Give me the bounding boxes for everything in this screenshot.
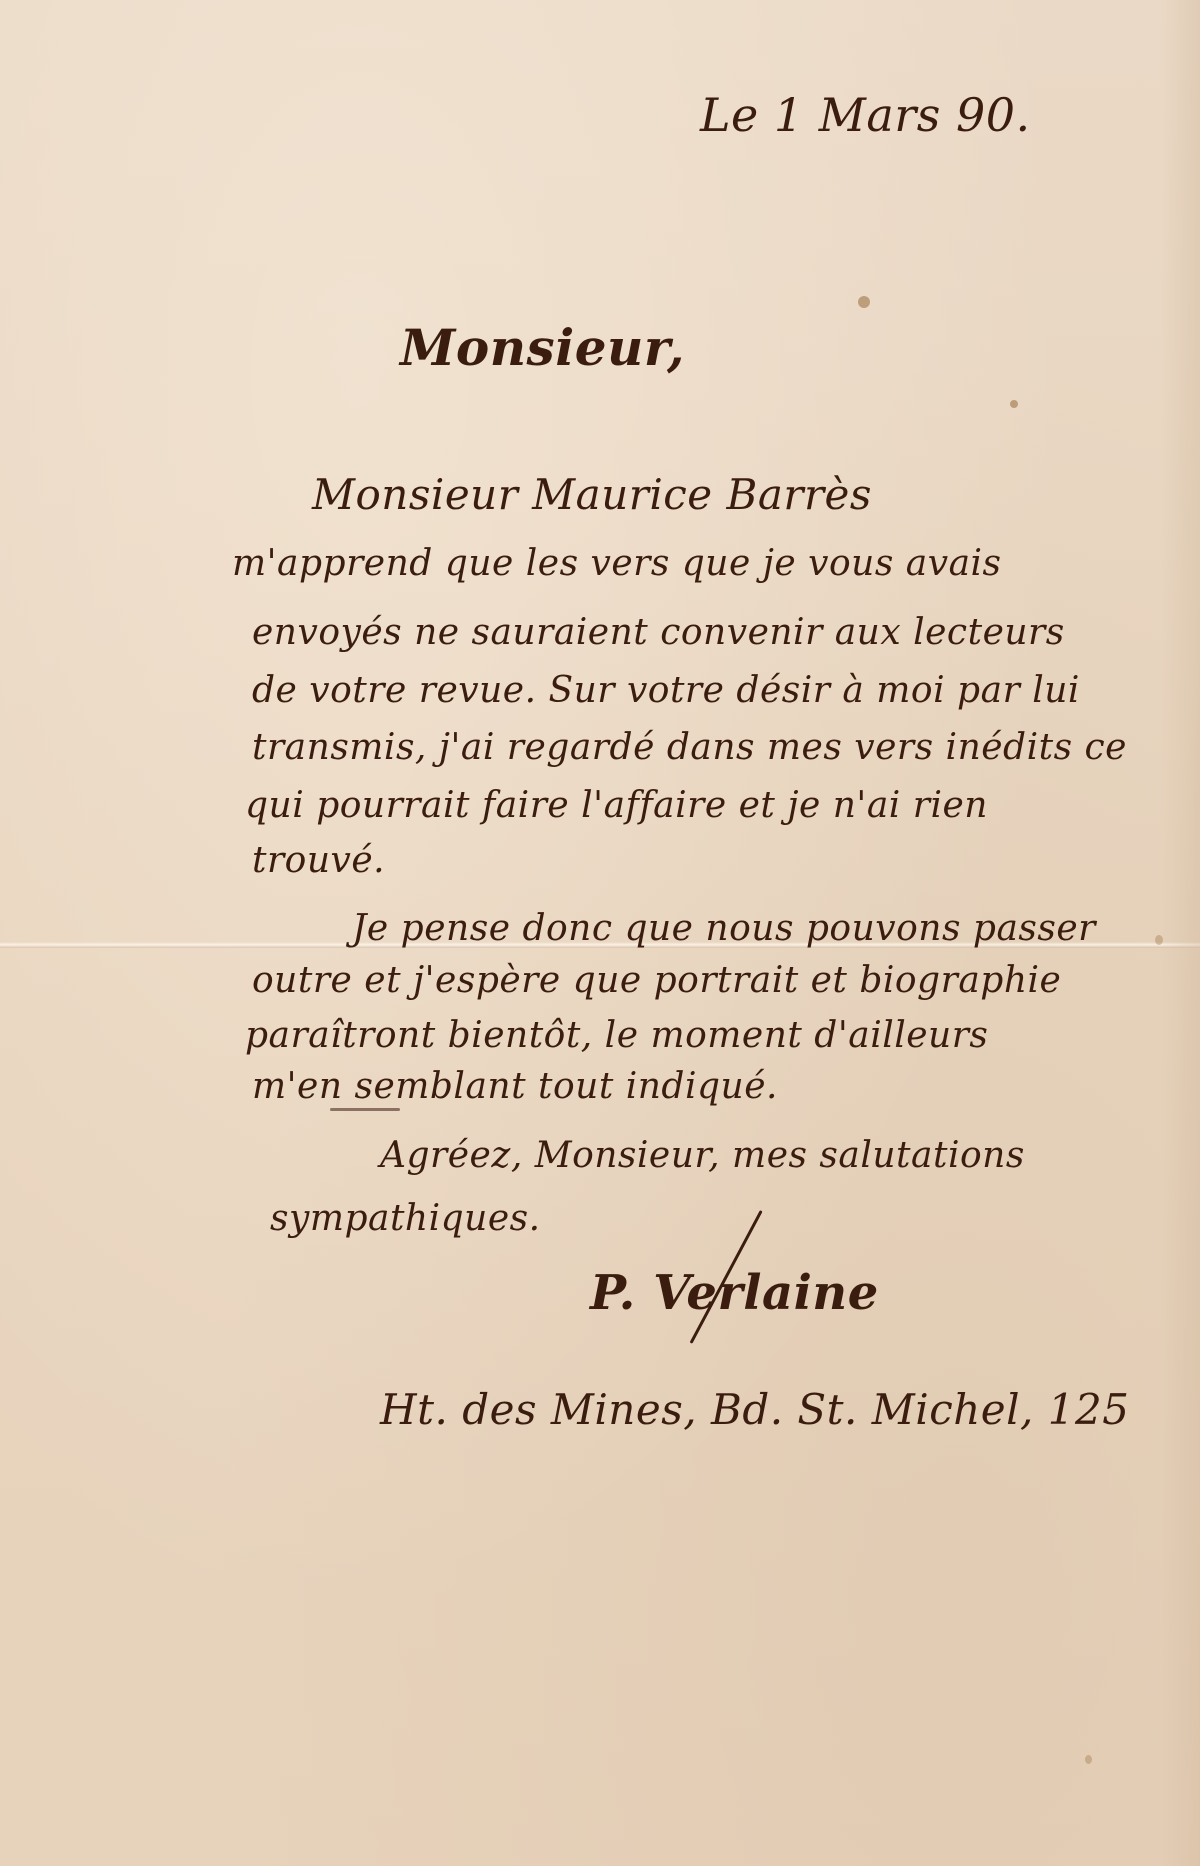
body-line: qui pourrait faire l'affaire et je n'ai … [245, 785, 988, 826]
foxing-spot [1085, 1755, 1092, 1764]
foxing-spot [1155, 935, 1163, 945]
foxing-spot [1010, 400, 1018, 408]
body-line: transmis, j'ai regardé dans mes vers iné… [252, 727, 1127, 768]
body-line: m'apprend que les vers que je vous avais [232, 543, 1002, 584]
letter-salutation: Monsieur, [400, 318, 685, 377]
ink-mark [330, 1108, 400, 1111]
closing-line: Agréez, Monsieur, mes salutations [380, 1135, 1025, 1176]
letter-date: Le 1 Mars 90. [700, 88, 1031, 142]
paper-edge-shadow [1160, 0, 1200, 1866]
body-line: de votre revue. Sur votre désir à moi pa… [252, 670, 1080, 711]
body-line: trouvé. [252, 840, 385, 881]
body-line: m'en semblant tout indiqué. [252, 1066, 778, 1107]
body-line: paraîtront bientôt, le moment d'ailleurs [245, 1015, 988, 1056]
body-line: Je pense donc que nous pouvons passer [352, 908, 1096, 949]
foxing-spot [858, 296, 870, 308]
signature: P. Verlaine [590, 1265, 879, 1321]
body-line: outre et j'espère que portrait et biogra… [252, 960, 1061, 1001]
letter-sheet: Le 1 Mars 90. Monsieur, Monsieur Maurice… [0, 0, 1200, 1866]
closing-line: sympathiques. [270, 1198, 541, 1239]
body-line: envoyés ne sauraient convenir aux lecteu… [252, 612, 1065, 653]
sender-address: Ht. des Mines, Bd. St. Michel, 125 [380, 1385, 1129, 1434]
body-line: Monsieur Maurice Barrès [312, 470, 872, 519]
